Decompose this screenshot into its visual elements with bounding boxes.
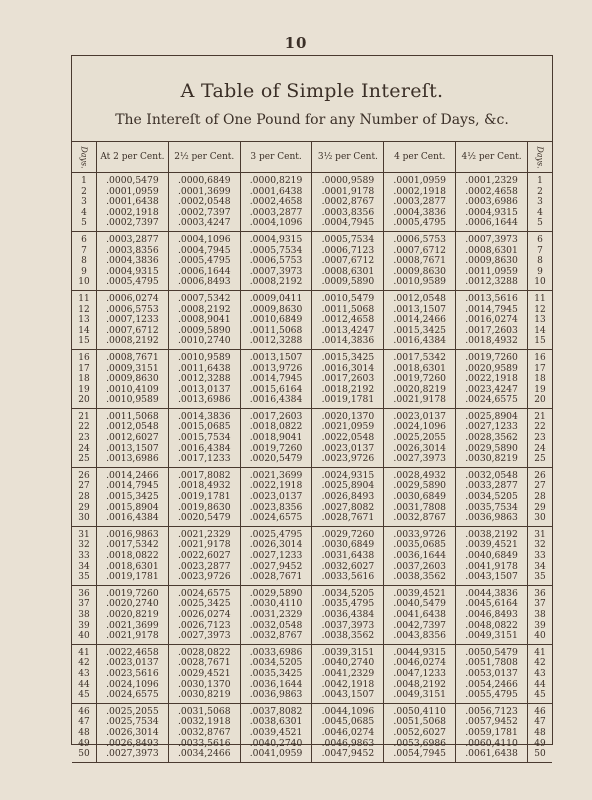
interest-value: .0036,4384 — [312, 610, 384, 621]
interest-value: .0005,7534 — [312, 231, 384, 245]
interest-value: .0006,8493 — [168, 277, 240, 290]
interest-value: .0021,9178 — [384, 395, 456, 408]
table-row: 41.0022,4658.0028,0822.0033,6986.0039,31… — [72, 644, 552, 658]
interest-value: .0046,0274 — [312, 728, 384, 739]
day-number: 37 — [528, 599, 553, 610]
interest-value: .0032,8767 — [168, 728, 240, 739]
day-number: 42 — [528, 658, 553, 669]
interest-value: .0036,9863 — [456, 513, 528, 526]
day-number: 8 — [528, 256, 553, 267]
interest-value: .0013,1507 — [240, 349, 312, 363]
table-row: 40.0021,9178.0027,3973.0032,8767.0038,35… — [72, 631, 552, 644]
interest-value: .0038,3562 — [384, 572, 456, 585]
table-row: 48.0026,3014.0032,8767.0039,4521.0046,02… — [72, 728, 552, 739]
interest-value: .0006,5753 — [384, 231, 456, 245]
day-number: 17 — [72, 364, 97, 375]
interest-value: .0024,6575 — [456, 395, 528, 408]
interest-value: .0041,6438 — [384, 610, 456, 621]
interest-value: .0016,4384 — [384, 336, 456, 349]
interest-value: .0030,8219 — [456, 454, 528, 467]
interest-value: .0033,5616 — [312, 572, 384, 585]
interest-value: .0011,5068 — [97, 408, 169, 422]
interest-value: .0001,2329 — [456, 173, 528, 187]
interest-value: .0001,0959 — [384, 173, 456, 187]
interest-value: .0059,1781 — [456, 728, 528, 739]
interest-value: .0032,8767 — [384, 513, 456, 526]
interest-value: .0008,2192 — [97, 336, 169, 349]
interest-value: .0016,9863 — [97, 526, 169, 540]
interest-value: .0006,0274 — [97, 290, 169, 304]
interest-value: .0043,1507 — [312, 690, 384, 703]
interest-value: .0047,1233 — [384, 669, 456, 680]
day-number: 28 — [72, 492, 97, 503]
interest-value: .0044,1096 — [312, 703, 384, 717]
table-row: 33.0018,0822.0022,6027.0027,1233.0031,64… — [72, 551, 552, 562]
table-frame: A Table of Simple Intereſt. The Intereſt… — [71, 55, 553, 745]
interest-value: .0024,6575 — [168, 585, 240, 599]
interest-value: .0020,5479 — [168, 513, 240, 526]
interest-value: .0005,4795 — [97, 277, 169, 290]
day-number: 45 — [528, 690, 553, 703]
interest-value: .0018,4932 — [456, 336, 528, 349]
table-row: 43.0023,5616.0029,4521.0035,3425.0041,23… — [72, 669, 552, 680]
interest-value: .0004,1096 — [168, 231, 240, 245]
day-number: 20 — [528, 395, 553, 408]
table-row: 21.0011,5068.0014,3836.0017,2603.0020,13… — [72, 408, 552, 422]
interest-value: .0017,1233 — [168, 454, 240, 467]
day-number: 47 — [528, 717, 553, 728]
day-number: 22 — [72, 422, 97, 433]
column-header: 3½ per Cent. — [312, 142, 384, 173]
day-number: 38 — [72, 610, 97, 621]
days-header-right: Days. — [528, 142, 553, 173]
day-number: 16 — [72, 349, 97, 363]
table-row: 50.0027,3973.0034,2466.0041,0959.0047,94… — [72, 749, 552, 762]
interest-value: .0036,1644 — [384, 551, 456, 562]
interest-value: .0054,7945 — [384, 749, 456, 762]
interest-value: .0044,9315 — [384, 644, 456, 658]
interest-value: .0017,5342 — [384, 349, 456, 363]
interest-value: .0028,7671 — [240, 572, 312, 585]
day-number: 11 — [72, 290, 97, 304]
day-number: 26 — [528, 467, 553, 481]
interest-value: .0022,6027 — [168, 551, 240, 562]
day-number: 5 — [72, 218, 97, 231]
interest-value: .0044,3836 — [456, 585, 528, 599]
interest-value: .0049,3151 — [384, 690, 456, 703]
interest-value: .0027,1233 — [240, 551, 312, 562]
day-number: 36 — [528, 585, 553, 599]
day-number: 50 — [72, 749, 97, 762]
day-number: 45 — [72, 690, 97, 703]
interest-value: .0028,0822 — [168, 644, 240, 658]
interest-value: .0029,5890 — [240, 585, 312, 599]
day-number: 3 — [72, 197, 97, 208]
interest-value: .0021,9178 — [97, 631, 169, 644]
table-row: 20.0010,9589.0013,6986.0016,4384.0019,17… — [72, 395, 552, 408]
interest-value: .0013,6986 — [97, 454, 169, 467]
interest-value: .0041,2329 — [312, 669, 384, 680]
interest-value: .0040,6849 — [456, 551, 528, 562]
interest-value: .0018,0822 — [97, 551, 169, 562]
day-number: 41 — [72, 644, 97, 658]
table-row: 10.0005,4795.0006,8493.0008,2192.0009,58… — [72, 277, 552, 290]
day-number: 32 — [528, 540, 553, 551]
interest-value: .0024,6575 — [240, 513, 312, 526]
day-number: 37 — [72, 599, 97, 610]
interest-value: .0000,8219 — [240, 173, 312, 187]
interest-value: .0013,5616 — [456, 290, 528, 304]
interest-value: .0050,4110 — [384, 703, 456, 717]
day-number: 39 — [528, 621, 553, 632]
interest-value: .0039,3151 — [312, 644, 384, 658]
day-number: 13 — [528, 315, 553, 326]
table-row: 38.0020,8219.0026,0274.0031,2329.0036,43… — [72, 610, 552, 621]
table-row: 11.0006,0274.0007,5342.0009,0411.0010,54… — [72, 290, 552, 304]
day-number: 44 — [72, 680, 97, 691]
interest-value: .0043,1507 — [456, 572, 528, 585]
day-number: 1 — [528, 173, 553, 187]
interest-value: .0061,6438 — [456, 749, 528, 762]
interest-value: .0031,6438 — [312, 551, 384, 562]
interest-value: .0021,2329 — [168, 526, 240, 540]
day-number: 32 — [72, 540, 97, 551]
interest-value: .0027,3973 — [168, 631, 240, 644]
interest-value: .0010,9589 — [384, 277, 456, 290]
interest-value: .0015,3425 — [312, 349, 384, 363]
interest-value: .0030,8219 — [168, 690, 240, 703]
interest-value: .0034,5205 — [312, 585, 384, 599]
interest-value: .0000,9589 — [312, 173, 384, 187]
day-number: 33 — [72, 551, 97, 562]
day-number: 21 — [528, 408, 553, 422]
day-number: 27 — [72, 481, 97, 492]
day-number: 48 — [72, 728, 97, 739]
day-number: 46 — [72, 703, 97, 717]
interest-value: .0029,7260 — [312, 526, 384, 540]
interest-value: .0017,2603 — [240, 408, 312, 422]
day-number: 12 — [528, 305, 553, 316]
table-body: 1.0000,5479.0000,6849.0000,8219.0000,958… — [72, 173, 552, 763]
interest-value: .0049,3151 — [456, 631, 528, 644]
interest-value: .0007,3973 — [456, 231, 528, 245]
interest-value: .0004,7945 — [312, 218, 384, 231]
day-number: 35 — [72, 572, 97, 585]
interest-value: .0020,5479 — [240, 454, 312, 467]
day-number: 18 — [528, 374, 553, 385]
day-number: 3 — [528, 197, 553, 208]
day-number: 50 — [528, 749, 553, 762]
interest-value: .0047,9452 — [312, 749, 384, 762]
interest-value: .0052,6027 — [384, 728, 456, 739]
day-number: 14 — [528, 326, 553, 337]
day-number: 6 — [72, 231, 97, 245]
day-number: 11 — [528, 290, 553, 304]
interest-value: .0014,3836 — [168, 408, 240, 422]
interest-value: .0014,3836 — [312, 336, 384, 349]
day-number: 18 — [72, 374, 97, 385]
interest-value: .0039,4521 — [384, 585, 456, 599]
interest-value: .0038,2192 — [456, 526, 528, 540]
day-number: 1 — [72, 173, 97, 187]
days-header-left: Days. — [72, 142, 97, 173]
interest-value: .0010,9589 — [168, 349, 240, 363]
interest-value: .0023,9726 — [168, 572, 240, 585]
day-number: 43 — [72, 669, 97, 680]
interest-value: .0017,8082 — [168, 467, 240, 481]
interest-value: .0056,7123 — [456, 703, 528, 717]
interest-value: .0046,8493 — [456, 610, 528, 621]
interest-value: .0005,4795 — [384, 218, 456, 231]
interest-value: .0008,2192 — [240, 277, 312, 290]
day-number: 36 — [72, 585, 97, 599]
day-number: 8 — [72, 256, 97, 267]
interest-value: .0031,5068 — [168, 703, 240, 717]
interest-value: .0032,8767 — [240, 631, 312, 644]
day-number: 13 — [72, 315, 97, 326]
interest-value: .0021,3699 — [240, 467, 312, 481]
interest-value: .0043,8356 — [384, 631, 456, 644]
interest-value: .0024,6575 — [97, 690, 169, 703]
page-subtitle: The Intereſt of One Pound for any Number… — [72, 112, 552, 128]
interest-value: .0034,2466 — [168, 749, 240, 762]
day-number: 4 — [528, 208, 553, 219]
interest-value: .0033,9726 — [384, 526, 456, 540]
interest-value: .0038,3562 — [312, 631, 384, 644]
interest-value: .0010,5479 — [312, 290, 384, 304]
interest-value: .0029,4521 — [168, 669, 240, 680]
interest-value: .0039,4521 — [240, 728, 312, 739]
table-row: 36.0019,7260.0024,6575.0029,5890.0034,52… — [72, 585, 552, 599]
day-number: 34 — [72, 562, 97, 573]
interest-value: .0028,4932 — [384, 467, 456, 481]
table-row: 1.0000,5479.0000,6849.0000,8219.0000,958… — [72, 173, 552, 187]
day-number: 9 — [528, 267, 553, 278]
interest-value: .0050,5479 — [456, 644, 528, 658]
day-number: 14 — [72, 326, 97, 337]
table-row: 15.0008,2192.0010,2740.0012,3288.0014,38… — [72, 336, 552, 349]
interest-value: .0016,4384 — [240, 395, 312, 408]
interest-value: .0023,5616 — [97, 669, 169, 680]
day-number: 30 — [72, 513, 97, 526]
day-number: 38 — [528, 610, 553, 621]
interest-value: .0010,2740 — [168, 336, 240, 349]
interest-value: .0006,1644 — [456, 218, 528, 231]
interest-value: .0019,1781 — [312, 395, 384, 408]
interest-value: .0026,0274 — [168, 610, 240, 621]
interest-value: .0009,5890 — [312, 277, 384, 290]
interest-value: .0010,9589 — [97, 395, 169, 408]
day-number: 23 — [72, 433, 97, 444]
day-number: 46 — [528, 703, 553, 717]
day-number: 47 — [72, 717, 97, 728]
day-number: 4 — [72, 208, 97, 219]
interest-value: .0055,4795 — [456, 690, 528, 703]
day-number: 29 — [528, 503, 553, 514]
interest-value: .0000,5479 — [97, 173, 169, 187]
interest-value: .0023,0137 — [384, 408, 456, 422]
interest-value: .0027,3973 — [97, 749, 169, 762]
day-number: 26 — [72, 467, 97, 481]
day-number: 10 — [528, 277, 553, 290]
table-row: 30.0016,4384.0020,5479.0024,6575.0028,76… — [72, 513, 552, 526]
day-number: 19 — [72, 385, 97, 396]
day-number: 31 — [528, 526, 553, 540]
day-number: 5 — [528, 218, 553, 231]
interest-value: .0012,0548 — [384, 290, 456, 304]
day-number: 25 — [528, 454, 553, 467]
interest-value: .0016,4384 — [97, 513, 169, 526]
day-number: 10 — [72, 277, 97, 290]
interest-value: .0025,4795 — [240, 526, 312, 540]
interest-value: .0053,0137 — [456, 669, 528, 680]
column-header: 3 per Cent. — [240, 142, 312, 173]
day-number: 43 — [528, 669, 553, 680]
day-number: 27 — [528, 481, 553, 492]
day-number: 41 — [528, 644, 553, 658]
day-number: 6 — [528, 231, 553, 245]
column-header: 4 per Cent. — [384, 142, 456, 173]
interest-value: .0004,9315 — [240, 231, 312, 245]
interest-value: .0004,1096 — [240, 218, 312, 231]
table-row: 26.0014,2466.0017,8082.0021,3699.0024,93… — [72, 467, 552, 481]
interest-value: .0012,3288 — [240, 336, 312, 349]
interest-table: Days. At 2 per Cent. 2½ per Cent. 3 per … — [72, 141, 552, 763]
interest-value: .0002,7397 — [97, 218, 169, 231]
interest-value: .0009,0411 — [240, 290, 312, 304]
day-number: 2 — [528, 187, 553, 198]
interest-value: .0013,6986 — [168, 395, 240, 408]
day-number: 7 — [72, 246, 97, 257]
day-number: 7 — [528, 246, 553, 257]
day-number: 20 — [72, 395, 97, 408]
interest-value: .0036,9863 — [240, 690, 312, 703]
interest-value: .0024,9315 — [312, 467, 384, 481]
day-number: 34 — [528, 562, 553, 573]
interest-value: .0020,8219 — [97, 610, 169, 621]
interest-value: .0028,7671 — [312, 513, 384, 526]
day-number: 16 — [528, 349, 553, 363]
interest-value: .0014,2466 — [97, 467, 169, 481]
day-number: 12 — [72, 305, 97, 316]
day-number: 49 — [528, 739, 553, 750]
day-number: 33 — [528, 551, 553, 562]
day-number: 28 — [528, 492, 553, 503]
day-number: 19 — [528, 385, 553, 396]
interest-value: .0019,7260 — [456, 349, 528, 363]
day-number: 44 — [528, 680, 553, 691]
table-row: 16.0008,7671.0010,9589.0013,1507.0015,34… — [72, 349, 552, 363]
table-row: 25.0013,6986.0017,1233.0020,5479.0023,97… — [72, 454, 552, 467]
interest-value: .0027,3973 — [384, 454, 456, 467]
interest-value: .0035,3425 — [240, 669, 312, 680]
interest-value: .0033,6986 — [240, 644, 312, 658]
column-header: At 2 per Cent. — [97, 142, 169, 173]
day-number: 30 — [528, 513, 553, 526]
day-number: 9 — [72, 267, 97, 278]
day-number: 31 — [72, 526, 97, 540]
interest-value: .0000,6849 — [168, 173, 240, 187]
day-number: 39 — [72, 621, 97, 632]
day-number: 23 — [528, 433, 553, 444]
day-number: 40 — [72, 631, 97, 644]
interest-value: .0032,0548 — [456, 467, 528, 481]
day-number: 35 — [528, 572, 553, 585]
day-number: 15 — [72, 336, 97, 349]
column-header: 4½ per Cent. — [456, 142, 528, 173]
interest-value: .0020,1370 — [312, 408, 384, 422]
table-row: 31.0016,9863.0021,2329.0025,4795.0029,72… — [72, 526, 552, 540]
day-number: 49 — [72, 739, 97, 750]
day-number: 40 — [528, 631, 553, 644]
interest-value: .0025,2055 — [97, 703, 169, 717]
day-number: 2 — [72, 187, 97, 198]
interest-value: .0003,4247 — [168, 218, 240, 231]
interest-value: .0012,3288 — [456, 277, 528, 290]
interest-value: .0019,7260 — [97, 585, 169, 599]
day-number: 25 — [72, 454, 97, 467]
table-row: 5.0002,7397.0003,4247.0004,1096.0004,794… — [72, 218, 552, 231]
interest-value: .0019,1781 — [97, 572, 169, 585]
page-number: 10 — [0, 34, 592, 52]
day-number: 24 — [528, 444, 553, 455]
day-number: 15 — [528, 336, 553, 349]
day-number: 21 — [72, 408, 97, 422]
column-header: 2½ per Cent. — [168, 142, 240, 173]
interest-value: .0026,3014 — [97, 728, 169, 739]
interest-value: .0007,5342 — [168, 290, 240, 304]
table-row: 46.0025,2055.0031,5068.0037,8082.0044,10… — [72, 703, 552, 717]
table-row: 6.0003,2877.0004,1096.0004,9315.0005,753… — [72, 231, 552, 245]
day-number: 48 — [528, 728, 553, 739]
interest-value: .0022,4658 — [97, 644, 169, 658]
day-number: 17 — [528, 364, 553, 375]
day-number: 29 — [72, 503, 97, 514]
interest-value: .0037,8082 — [240, 703, 312, 717]
interest-value: .0008,7671 — [97, 349, 169, 363]
day-number: 22 — [528, 422, 553, 433]
table-header-row: Days. At 2 per Cent. 2½ per Cent. 3 per … — [72, 142, 552, 173]
interest-value: .0041,0959 — [240, 749, 312, 762]
day-number: 24 — [72, 444, 97, 455]
day-number: 42 — [72, 658, 97, 669]
interest-value: .0003,2877 — [97, 231, 169, 245]
interest-value: .0031,2329 — [240, 610, 312, 621]
page-title: A Table of Simple Intereſt. — [72, 80, 552, 102]
table-row: 45.0024,6575.0030,8219.0036,9863.0043,15… — [72, 690, 552, 703]
interest-value: .0025,8904 — [456, 408, 528, 422]
interest-value: .0023,9726 — [312, 454, 384, 467]
table-row: 35.0019,1781.0023,9726.0028,7671.0033,56… — [72, 572, 552, 585]
